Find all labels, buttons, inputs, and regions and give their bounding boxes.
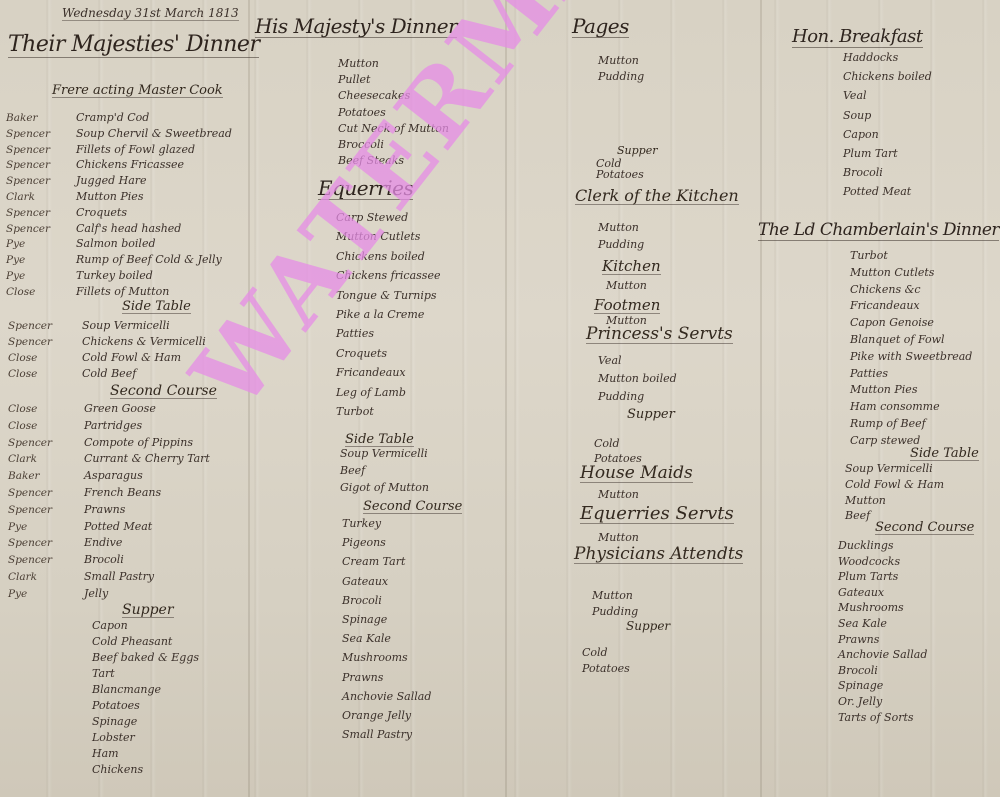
dish-item: Potatoes [338,107,386,118]
cook-name: Spencer [8,554,52,566]
dish-item: Ducklings [838,540,894,551]
side-table-heading: Side Table [345,433,414,447]
dish-item: Turbot [850,250,888,261]
section-title-equerries-servants: Equerries Servts [580,505,734,524]
dish-item: Potatoes [596,169,644,180]
dish-item: Mutton [338,58,379,69]
dish-item: Plum Tarts [838,571,898,582]
dish-item: Spinage [838,680,883,691]
dish-item: Haddocks [843,52,898,63]
dish-item: Green Goose [84,403,156,414]
cook-name: Pye [8,521,27,533]
dish-item: Endive [84,537,122,548]
dish-item: Croquets [336,348,387,359]
cook-name: Clark [8,571,37,583]
cook-name: Clark [8,453,37,465]
dish-item: Anchovie Sallad [838,649,927,660]
dish-item: Cut Neck of Mutton [338,123,449,134]
section-title-physicians-attendants: Physicians Attendts [574,546,743,564]
dish-item: Chickens [92,764,143,775]
section-title-princess-servants: Princess's Servts [586,326,733,344]
section-title-lord-chamberlain-dinner: The Ld Chamberlain's Dinner [758,222,999,241]
second-course-heading: Second Course [363,500,462,514]
cook-name: Close [8,352,37,364]
supper-heading: Supper [617,145,657,156]
dish-item: Beef baked & Eggs [92,652,199,663]
dish-item: Woodcocks [838,556,900,567]
dish-item: Potatoes [582,663,630,674]
dish-item: Soup [843,110,871,121]
dish-item: Mutton Cutlets [336,231,420,242]
dish-item: Pullet [338,74,370,85]
dish-item: Blancmange [92,684,161,695]
dish-item: Brocoli [843,167,883,178]
dish-item: Small Pastry [342,729,412,740]
dish-item: Pudding [598,71,644,82]
supper-heading: Supper [122,603,174,618]
dish-item: Sea Kale [342,633,391,644]
supper-heading: Supper [626,620,670,632]
cook-name: Spencer [6,144,50,156]
dish-item: Chickens & Vermicelli [82,336,206,347]
dish-item: Mutton [606,280,647,291]
dish-item: Gateaux [342,576,388,587]
document-date: Wednesday 31st March 1813 [62,6,239,21]
dish-item: Beef [340,465,365,476]
dish-item: Cheesecakes [338,90,410,101]
section-title-pages: Pages [572,16,629,38]
cook-name: Spencer [8,487,52,499]
dish-item: Croquets [76,207,127,218]
dish-item: Cramp'd Cod [76,112,149,123]
dish-item: Salmon boiled [76,238,156,249]
dish-item: Beef Steaks [338,155,404,166]
dish-item: Fillets of Fowl glazed [76,144,195,155]
dish-item: Mutton Pies [76,191,143,202]
dish-item: Compote of Pippins [84,437,193,448]
cook-name: Spencer [8,504,52,516]
dish-item: Or. Jelly [838,696,882,707]
section-title-breakfast: Hon. Breakfast [792,28,923,48]
cook-name: Close [8,420,37,432]
section-title-kitchen: Kitchen [602,259,661,275]
cook-name: Spencer [6,207,50,219]
dish-item: Cold [582,647,608,658]
dish-item: Orange Jelly [342,710,411,721]
dish-item: Brocoli [84,554,124,565]
dish-item: Spinage [342,614,387,625]
dish-item: Chickens &c [850,284,921,295]
dish-item: Rump of Beef Cold & Jelly [76,254,222,265]
dish-item: Turkey boiled [76,270,153,281]
side-table-heading: Side Table [910,447,979,461]
dish-item: Small Pastry [84,571,154,582]
cook-name: Pye [8,588,27,600]
dish-item: Cold Pheasant [92,636,172,647]
dish-item: Calf's head hashed [76,223,181,234]
fold-line [505,0,507,797]
dish-item: Carp Stewed [336,212,408,223]
dish-item: Tarts of Sorts [838,712,914,723]
dish-item: Broccoli [338,139,384,150]
dish-item: Mushrooms [838,602,904,613]
dish-item: Soup Vermicelli [845,463,933,474]
dish-item: Capon [843,129,879,140]
fold-line [248,0,250,797]
dish-item: Cold Fowl & Ham [845,479,944,490]
dish-item: Beef [845,510,870,521]
master-cook-note: Frere acting Master Cook [52,84,223,98]
dish-item: Pudding [592,606,638,617]
dish-item: Pigeons [342,537,386,548]
dish-item: Potted Meat [843,186,911,197]
cook-name: Spencer [6,128,50,140]
dish-item: Leg of Lamb [336,387,406,398]
dish-item: Chickens fricassee [336,270,440,281]
dish-item: Patties [336,328,374,339]
dish-item: Tongue & Turnips [336,290,437,301]
dish-item: Pike a la Creme [336,309,424,320]
dish-item: Turkey [342,518,381,529]
dish-item: Fillets of Mutton [76,286,169,297]
dish-item: Ham [92,748,119,759]
cook-name: Pye [6,254,25,266]
section-title-his-majesty-dinner: His Majesty's Dinner [255,16,457,38]
cook-name: Spencer [8,336,52,348]
dish-item: Blanquet of Fowl [850,334,945,345]
supper-heading: Supper [627,408,675,421]
cook-name: Close [6,286,35,298]
dish-item: Cold [594,438,620,449]
dish-item: Prawns [84,504,125,515]
dish-item: Chickens Fricassee [76,159,184,170]
second-course-heading: Second Course [875,521,974,535]
dish-item: Mutton [845,495,886,506]
cook-name: Baker [6,112,38,124]
side-table-heading: Side Table [122,300,191,314]
dish-item: Capon Genoise [850,317,934,328]
section-title-clerk-of-kitchen: Clerk of the Kitchen [575,188,739,205]
section-title-footmen: Footmen [594,298,660,314]
dish-item: Mutton boiled [598,373,677,384]
dish-item: Gateaux [838,587,884,598]
dish-item: Veal [843,90,867,101]
dish-item: Plum Tart [843,148,898,159]
section-title-equerries: Equerries [318,178,413,200]
dish-item: Spinage [92,716,137,727]
cook-name: Spencer [6,159,50,171]
dish-item: Mutton Cutlets [850,267,934,278]
dish-item: Soup Vermicelli [82,320,170,331]
dish-item: Cold Beef [82,368,136,379]
dish-item: Capon [92,620,128,631]
cook-name: Clark [6,191,35,203]
dish-item: Soup Vermicelli [340,448,428,459]
dish-item: Currant & Cherry Tart [84,453,210,464]
cook-name: Spencer [6,175,50,187]
dish-item: Potted Meat [84,521,152,532]
dish-item: Turbot [336,406,374,417]
dish-item: Pike with Sweetbread [850,351,972,362]
cook-name: Spencer [8,320,52,332]
dish-item: Soup Chervil & Sweetbread [76,128,232,139]
dish-item: Chickens boiled [843,71,932,82]
dish-item: Asparagus [84,470,143,481]
section-title-majesties-dinner: Their Majesties' Dinner [8,34,259,58]
dish-item: Veal [598,355,622,366]
dish-item: Mutton [598,222,639,233]
dish-item: Cold Fowl & Ham [82,352,181,363]
dish-item: Mutton [598,55,639,66]
dish-item: Potatoes [92,700,140,711]
dish-item: Prawns [342,672,383,683]
dish-item: Tart [92,668,115,679]
cook-name: Spencer [8,437,52,449]
fold-line [760,0,762,797]
dish-item: Fricandeaux [850,300,920,311]
second-course-heading: Second Course [110,384,217,399]
dish-item: Carp stewed [850,435,920,446]
dish-item: Patties [850,368,888,379]
dish-item: Prawns [838,634,879,645]
dish-item: Mutton [598,532,639,543]
cook-name: Spencer [8,537,52,549]
dish-item: Mushrooms [342,652,408,663]
cook-name: Pye [6,270,25,282]
cook-name: Baker [8,470,40,482]
dish-item: Brocoli [838,665,878,676]
dish-item: Ham consomme [850,401,940,412]
dish-item: Anchovie Sallad [342,691,431,702]
dish-item: Mutton [592,590,633,601]
dish-item: Jelly [84,588,108,599]
dish-item: Rump of Beef [850,418,926,429]
dish-item: Gigot of Mutton [340,482,429,493]
cook-name: Close [8,403,37,415]
dish-item: Chickens boiled [336,251,425,262]
cook-name: Close [8,368,37,380]
dish-item: Sea Kale [838,618,887,629]
dish-item: Jugged Hare [76,175,147,186]
dish-item: Pudding [598,239,644,250]
dish-item: Fricandeaux [336,367,406,378]
dish-item: French Beans [84,487,161,498]
dish-item: Mutton Pies [850,384,917,395]
dish-item: Lobster [92,732,135,743]
dish-item: Partridges [84,420,142,431]
section-title-house-maids: House Maids [580,465,693,483]
dish-item: Pudding [598,391,644,402]
cook-name: Spencer [6,223,50,235]
dish-item: Cream Tart [342,556,405,567]
cook-name: Pye [6,238,25,250]
dish-item: Brocoli [342,595,382,606]
dish-item: Mutton [598,489,639,500]
